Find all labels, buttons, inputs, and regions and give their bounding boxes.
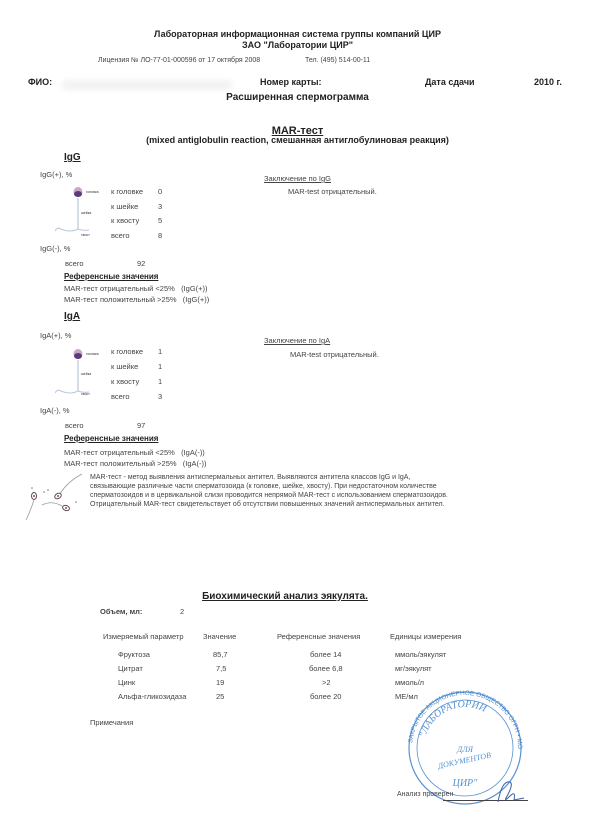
iga-row-head-label: к головке <box>111 347 143 356</box>
org-company: ЗАО "Лаборатории ЦИР" <box>0 40 595 50</box>
param-unit: ммоль/эякулят <box>395 650 446 659</box>
biochem-title-wrap: Биохимический анализ эякулята. <box>60 586 510 604</box>
diagram-label-neck: шейка <box>81 372 91 376</box>
param-name: Цинк <box>118 678 135 687</box>
signature-icon <box>490 776 530 806</box>
card-number-label: Номер карты: <box>260 77 322 87</box>
iga-row-tail-value: 1 <box>158 377 162 386</box>
param-unit: ммоль/л <box>395 678 424 687</box>
col-header-value: Значение <box>203 632 236 641</box>
igg-pos-label: IgG(+), % <box>40 170 72 179</box>
notes-label: Примечания <box>90 718 133 727</box>
iga-neg-total-label: всего <box>65 421 84 430</box>
volume-value: 2 <box>180 607 184 616</box>
iga-row-tail-label: к хвосту <box>111 377 139 386</box>
igg-row-head-value: 0 <box>158 187 162 196</box>
param-ref: более 6,8 <box>309 664 343 673</box>
igg-row-total-label: всего <box>111 231 130 240</box>
diagram-label-head: головка <box>86 352 99 356</box>
param-name: Альфа-гликозидаза <box>118 692 186 701</box>
param-name: Фруктоза <box>118 650 150 659</box>
sperm-illustration-icon <box>22 472 84 522</box>
igg-conclusion: MAR-test отрицательный. <box>288 187 377 196</box>
igg-row-head-label: к головке <box>111 187 143 196</box>
igg-ref-line-2: MAR-тест положительный >25% (IgG(+)) <box>64 295 209 304</box>
diagram-label-tail: хвост <box>81 392 90 396</box>
date-label: Дата сдачи <box>425 77 475 87</box>
igg-neg-label: IgG(-), % <box>40 244 70 253</box>
iga-conclusion: MAR-test отрицательный. <box>290 350 379 359</box>
mar-subtitle: (mixed antiglobulin reaction, смешанная … <box>0 135 595 145</box>
biochem-title: Биохимический анализ эякулята. <box>202 591 368 602</box>
document-title: Расширенная спермограмма <box>0 92 595 103</box>
description-line-4: Отрицательный MAR-тест свидетельствует о… <box>90 501 445 508</box>
diagram-label-neck: шейка <box>81 211 91 215</box>
description-line-1: MAR-тест - метод выявления антиспермальн… <box>90 474 410 481</box>
iga-row-head-value: 1 <box>158 347 162 356</box>
col-header-ref: Референсные значения <box>277 632 360 641</box>
iga-ref-line-1: MAR-тест отрицательный <25% (IgA(-)) <box>64 448 205 457</box>
iga-row-total-value: 3 <box>158 392 162 401</box>
igg-neg-total-value: 92 <box>137 259 145 268</box>
diagram-label-head: головка <box>86 190 99 194</box>
svg-text:ЗАКРЫТОЕ АКЦИОНЕРНОЕ ОБЩЕСТВО: ЗАКРЫТОЕ АКЦИОНЕРНОЕ ОБЩЕСТВО ОГРН • МОС… <box>400 690 523 749</box>
col-header-param: Измеряемый параметр <box>103 632 184 641</box>
igg-heading: IgG <box>64 152 81 163</box>
iga-row-neck-label: к шейке <box>111 362 138 371</box>
param-ref: >2 <box>322 678 331 687</box>
diagram-label-tail: хвост <box>81 233 90 237</box>
igg-conclusion-title: Заключение по IgG <box>264 174 331 183</box>
iga-ref-line-2: MAR-тест положительный >25% (IgA(-)) <box>64 459 207 468</box>
col-header-unit: Единицы измерения <box>390 632 461 641</box>
description-line-2: связывающие различные части сперматозоид… <box>90 483 437 490</box>
iga-neg-label: IgA(-), % <box>40 406 70 415</box>
fio-label: ФИО: <box>28 77 52 87</box>
volume-label: Объем, мл: <box>100 607 142 616</box>
param-name: Цитрат <box>118 664 143 673</box>
checked-label: Анализ проверен <box>397 791 453 798</box>
param-value: 19 <box>216 678 224 687</box>
param-ref: более 20 <box>310 692 341 701</box>
param-value: 85,7 <box>213 650 228 659</box>
year-value: 2010 г. <box>534 77 562 87</box>
param-ref: более 14 <box>310 650 341 659</box>
iga-pos-label: IgA(+), % <box>40 331 71 340</box>
description-line-3: сперматозоидов и в цервикальной слизи пр… <box>90 492 448 499</box>
param-value: 7,5 <box>216 664 226 673</box>
phone-text: Тел. (495) 514-00-11 <box>305 57 370 64</box>
param-unit: мг/эякулят <box>395 664 432 673</box>
license-text: Лицензия № ЛО-77-01-000596 от 17 октября… <box>98 57 260 64</box>
igg-ref-line-1: MAR-тест отрицательный <25% (IgG(+)) <box>64 284 208 293</box>
redacted-fio <box>62 80 232 90</box>
iga-neg-total-value: 97 <box>137 421 145 430</box>
igg-row-tail-label: к хвосту <box>111 216 139 225</box>
iga-heading: IgA <box>64 311 80 322</box>
igg-ref-title: Референсные значения <box>64 272 158 281</box>
org-name: Лабораторная информационная система груп… <box>0 29 595 39</box>
iga-ref-title: Референсные значения <box>64 434 158 443</box>
iga-row-neck-value: 1 <box>158 362 162 371</box>
svg-text:ЦИР": ЦИР" <box>452 778 479 789</box>
iga-row-total-label: всего <box>111 392 130 401</box>
igg-neg-total-label: всего <box>65 259 84 268</box>
svg-text:ДЛЯ: ДЛЯ <box>456 745 474 754</box>
igg-row-total-value: 8 <box>158 231 162 240</box>
igg-row-neck-label: к шейке <box>111 202 138 211</box>
param-value: 25 <box>216 692 224 701</box>
iga-conclusion-title: Заключение по IgA <box>264 336 330 345</box>
igg-row-tail-value: 5 <box>158 216 162 225</box>
igg-row-neck-value: 3 <box>158 202 162 211</box>
